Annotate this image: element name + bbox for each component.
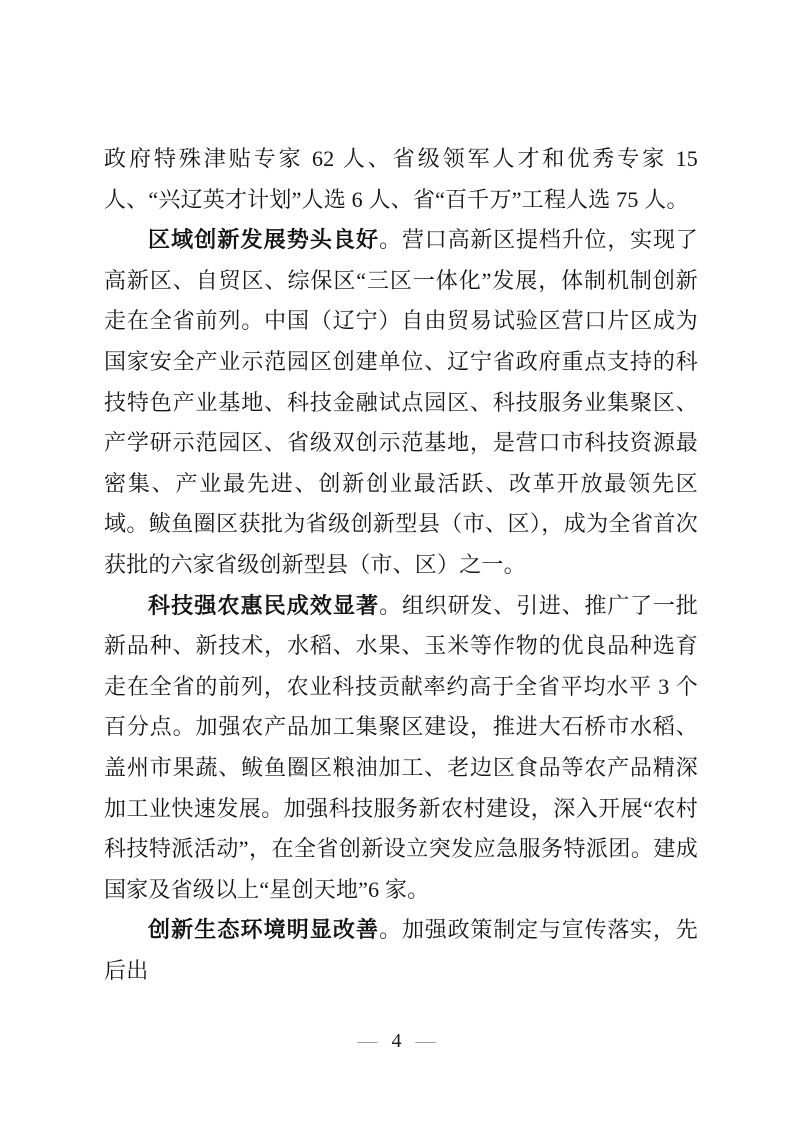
- page-number: 4: [392, 1030, 402, 1053]
- paragraph-continuation: 政府特殊津贴专家 62 人、省级领军人才和优秀专家 15 人、“兴辽英才计划”人…: [104, 139, 698, 220]
- document-body: 政府特殊津贴专家 62 人、省级领军人才和优秀专家 15 人、“兴辽英才计划”人…: [104, 139, 698, 991]
- paragraph-lead: 创新生态环境明显改善: [148, 917, 379, 942]
- paragraph-text: 政府特殊津贴专家 62 人、省级领军人才和优秀专家 15 人、“兴辽英才计划”人…: [104, 146, 698, 212]
- paragraph-innovation-ecology: 创新生态环境明显改善。加强政策制定与宣传落实，先后出: [104, 910, 698, 991]
- footer-dash-right: —: [416, 1030, 436, 1052]
- document-page: 政府特殊津贴专家 62 人、省级领军人才和优秀专家 15 人、“兴辽英才计划”人…: [0, 0, 793, 1122]
- paragraph-text: 。组织研发、引进、推广了一批新品种、新技术，水稻、水果、玉米等作物的优良品种选育…: [104, 593, 698, 902]
- paragraph-agriculture-science: 科技强农惠民成效显著。组织研发、引进、推广了一批新品种、新技术，水稻、水果、玉米…: [104, 586, 698, 911]
- paragraph-lead: 科技强农惠民成效显著: [148, 593, 379, 618]
- paragraph-text: 。营口高新区提档升位，实现了高新区、自贸区、综保区“三区一体化”发展，体制机制创…: [104, 227, 698, 577]
- paragraph-lead: 区域创新发展势头良好: [148, 227, 379, 252]
- page-footer: —4—: [0, 1030, 793, 1053]
- footer-dash-left: —: [358, 1030, 378, 1052]
- paragraph-regional-innovation: 区域创新发展势头良好。营口高新区提档升位，实现了高新区、自贸区、综保区“三区一体…: [104, 220, 698, 585]
